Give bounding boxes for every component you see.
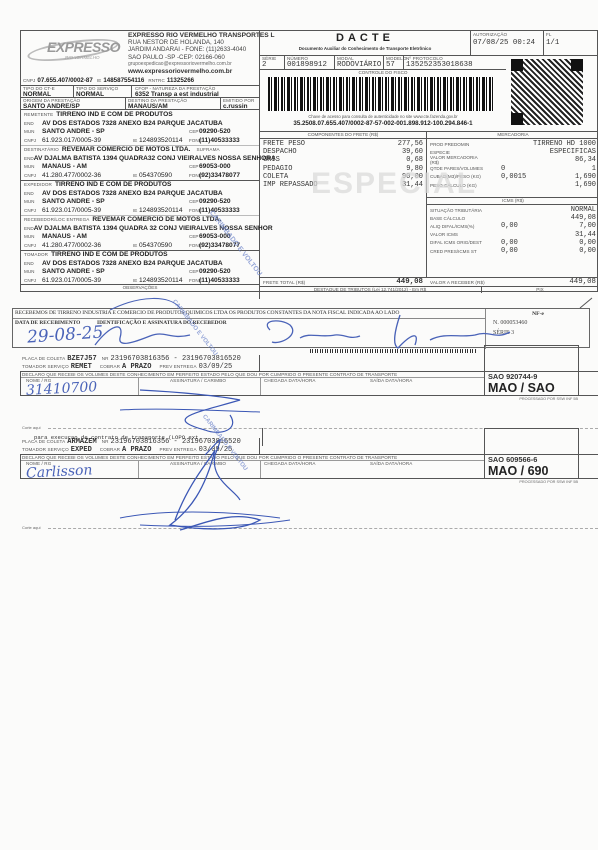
party-ie: 054370590 <box>139 172 172 179</box>
chegada-label: CHEGADA DATA/HORA <box>264 461 316 466</box>
info-row: DIFAL ICMS ORIG/DEST0,000,00 <box>427 239 598 247</box>
company-header: EXPRESSO RIO VERMELHO EXPRESSO RIO VERME… <box>21 31 259 81</box>
party-name: TIRRENO IND E COM DE PRODUTOS <box>55 181 171 188</box>
end-label: END <box>24 226 34 231</box>
mun-label: MUN <box>24 129 42 134</box>
party-fone: (11)40533333 <box>199 277 240 284</box>
fl-value: 1/1 <box>546 39 559 47</box>
party-address: AV DOS ESTADOS 7328 ANEXO B24 PARQUE JAC… <box>42 120 223 127</box>
info-row: ALIQ DIFAL/ICMS(%)0,007,00 <box>427 222 598 230</box>
placa-value: ARMAZEM <box>67 438 96 446</box>
corte-label-2: Corte aqui <box>22 525 40 530</box>
info-value: 7,00 <box>579 222 596 230</box>
party-city: SANTO ANDRE - SP <box>42 268 105 275</box>
route: MAO / SAO <box>488 381 555 395</box>
serie-value: 2 <box>262 61 276 69</box>
party-block: EXPEDIDOR TIRRENO IND E COM DE PRODUTOS … <box>21 180 259 215</box>
company-rntrc: 11325266 <box>167 77 194 84</box>
info-label: SITUAÇÃO TRIBUTÁRIA <box>430 208 486 213</box>
componente-name: GRIS <box>263 156 280 164</box>
party-address: AV DJALMA BATISTA 1394 QUADRA 32 CONJ VI… <box>34 225 273 232</box>
mun-label: MUN <box>24 199 42 204</box>
prev-value: 03/09/25 <box>199 363 233 371</box>
party-cnpj: 41.280.477/0002-36 <box>42 172 101 179</box>
processado-label: PROCESSADO POR SSW INF 5B <box>490 480 578 484</box>
nr-value: 23196703816356 - 23196703816520 <box>111 355 241 363</box>
cnpj-label: CNPJ <box>24 243 42 248</box>
controle-fisco-label: CONTROLE DO FISCO <box>260 70 506 75</box>
cep-label: CEP <box>189 199 198 204</box>
observacoes-label: OBSERVAÇÕES <box>21 285 259 290</box>
info-row: VALOR MERCADORIA (R$)86,34 <box>427 156 598 164</box>
componente-name: COLETA <box>263 173 288 181</box>
icms-list: SITUAÇÃO TRIBUTÁRIANORMALBASE CÁLCULO449… <box>427 206 598 255</box>
recibo-section: RECEBEMOS DE TIRRENO INDUSTRIA E COMERCI… <box>12 308 590 348</box>
company-ie: 148587554116 <box>103 77 144 84</box>
ie-label: IE <box>97 78 102 83</box>
party-block: TOMADOR TIRRENO IND E COM DE PRODUTOS EN… <box>21 250 259 285</box>
cut-line-2 <box>48 528 598 529</box>
componente-name: PEDAGIO <box>263 165 292 173</box>
componentes-title: COMPONENTES DO FRETE (R$) <box>260 132 426 137</box>
party-cep: 69053-000 <box>199 163 231 170</box>
tomador-value: EXPED <box>71 446 92 454</box>
logo-text: EXPRESSO <box>47 39 120 55</box>
assinatura-label: ASSINATURA / CARIMBO <box>170 461 226 466</box>
recibo-header: RECEBEMOS DE TIRRENO INDUSTRIA E COMERCI… <box>15 310 399 316</box>
nfe-title: NF-e <box>485 311 591 317</box>
party-address: AV DOS ESTADOS 7328 ANEXO B24 PARQUE JAC… <box>42 190 223 197</box>
info-label: ALIQ DIFAL/ICMS(%) <box>430 224 486 229</box>
ie-label: IE <box>133 278 137 283</box>
nfe-number: N. 000053460 <box>493 320 527 326</box>
info-row: SITUAÇÃO TRIBUTÁRIANORMAL <box>427 206 598 214</box>
qr-code <box>511 59 583 125</box>
info-row: BASE CÁLCULO449,08 <box>427 214 598 222</box>
tomador-label: TOMADOR SERVIÇO <box>22 447 69 452</box>
cobrar-value: A PRAZO <box>122 363 151 371</box>
info-value: 1,690 <box>575 181 596 189</box>
numero-value: 001898912 <box>287 61 327 69</box>
cobrar-label: COBRAR <box>100 364 120 369</box>
chegada-label: CHEGADA DATA/HORA <box>264 378 316 383</box>
chave-label: Chave de acesso para consulta de autenti… <box>260 114 506 119</box>
party-ie: 124893520114 <box>139 207 183 214</box>
small-barcode-strip <box>310 349 476 353</box>
cnpj-label: CNPJ <box>24 208 42 213</box>
party-city: SANTO ANDRE - SP <box>42 198 105 205</box>
info-mid: 0 <box>501 165 505 173</box>
frete-total-label: FRETE TOTAL (R$) <box>263 280 305 285</box>
corte-label-1: Corte aqui <box>22 425 40 430</box>
mun-label: MUN <box>24 269 42 274</box>
end-label: END <box>24 156 34 161</box>
info-label: VALOR ICMS <box>430 232 486 237</box>
company-email: grupoexpedicao@expressoriovermelho.com.b… <box>128 61 275 68</box>
party-block: DESTINATÁRIO REVEMAR COMERCIO DE MOTOS L… <box>21 145 259 180</box>
cnpj-label: CNPJ <box>23 78 35 83</box>
party-city: MANAUS - AM <box>42 163 87 170</box>
cep-label: CEP <box>189 234 198 239</box>
ie-label: IE <box>133 243 137 248</box>
party-fone: (11)40533333 <box>199 137 240 144</box>
party-city: SANTO ANDRE - SP <box>42 128 105 135</box>
end-label: END <box>24 191 42 196</box>
ident-recebedor-label: IDENTIFICAÇÃO E ASSINATURA DO RECEBEDOR <box>97 320 227 326</box>
rntrc-label: RNTRC <box>148 78 165 83</box>
nr-label: NR <box>102 356 109 361</box>
cep-label: CEP <box>189 129 198 134</box>
party-name: TIRRENO IND E COM DE PRODUTOS <box>56 111 172 118</box>
tributos-label: DESTAQUE DE TRIBUTOS (Lei 12.741/2012) -… <box>260 287 480 292</box>
route: MAO / 690 <box>488 464 548 478</box>
assinatura-label: ASSINATURA / CARIMBO <box>170 378 226 383</box>
valor-receber-value: 449,08 <box>569 278 596 286</box>
dacte-subtitle: Documento Auxiliar do Conhecimento de Tr… <box>260 46 470 51</box>
componente-value: 39,60 <box>402 148 423 156</box>
info-label: BASE CÁLCULO <box>430 216 486 221</box>
protocolo-value: 135252353018638 <box>406 61 473 69</box>
party-address: AV DJALMA BATISTA 1394 QUADRA32 CONJ VIE… <box>34 155 276 162</box>
watermark: ESPECIAL <box>311 167 477 201</box>
info-row: PROD PREDOMINTIRRENO HD 1000 <box>427 140 598 148</box>
company-city: SAO PAULO -SP -CEP: 02166-060 <box>128 54 275 61</box>
party-ie: 054370590 <box>139 242 172 249</box>
fl-label: FL <box>546 32 559 37</box>
placa-value: BZE7J57 <box>67 355 96 363</box>
party-name: REVEMAR COMERCIO DE MOTOS LTDA. <box>62 146 191 153</box>
info-value: 31,44 <box>575 231 596 239</box>
info-mid: 0,00 <box>501 239 518 247</box>
party-name: TIRRENO IND E COM DE PRODUTOS <box>51 251 167 258</box>
party-role: DESTINATÁRIO <box>24 147 59 152</box>
info-row: CRED PRES/ICMS ST0,000,00 <box>427 247 598 255</box>
modal-value: RODOVIÁRIO <box>337 61 381 69</box>
placa-label: PLACA DE COLETA <box>22 439 65 444</box>
party-role: TOMADOR <box>24 252 48 257</box>
party-role: EXPEDIDOR <box>24 182 52 187</box>
party-cnpj: 61.923.017/0005-39 <box>42 277 101 284</box>
canhoto-2: PLACA DE COLETA ARMAZEM NR 2319670381635… <box>20 438 598 504</box>
nfe-serie: SÉRIE 3 <box>493 330 514 336</box>
info-value: ESPECIFICAS <box>550 148 596 156</box>
info-value: NORMAL <box>571 206 596 214</box>
frete-total-value: 449,08 <box>396 278 423 286</box>
mercadoria-title: MERCADORIA <box>427 132 598 137</box>
party-fone: (92)33478077 <box>199 172 240 179</box>
barcode <box>268 77 494 111</box>
icms-title: ICMS (R$) <box>427 198 598 203</box>
info-value: 1 <box>592 165 596 173</box>
info-label: PROD PREDOMIN <box>430 142 486 147</box>
party-block: REMETENTE TIRRENO IND E COM DE PRODUTOS … <box>21 110 259 145</box>
route-code: SAO 920744-9 <box>488 372 537 381</box>
cnpj-label: CNPJ <box>24 173 42 178</box>
tomador-label: TOMADOR SERVIÇO <box>22 364 69 369</box>
end-label: END <box>24 261 42 266</box>
party-cnpj: 61.923.017/0005-39 <box>42 207 101 214</box>
party-fone: (11)40533333 <box>199 207 240 214</box>
mun-label: MUN <box>24 164 42 169</box>
componente-value: 277,56 <box>398 140 423 148</box>
prev-label: PREV ENTREGA <box>159 364 196 369</box>
info-mid: 0,0015 <box>501 173 526 181</box>
chave-acesso: 35.2508.07.655.407/0002-87-57-002-001.89… <box>260 120 506 127</box>
info-label: DIFAL ICMS ORIG/DEST <box>430 240 486 245</box>
componente-name: DESPACHO <box>263 148 297 156</box>
info-row: VALOR ICMS31,44 <box>427 231 598 239</box>
info-value: 1,690 <box>575 173 596 181</box>
info-value: 449,08 <box>571 214 596 222</box>
info-value: TIRRENO HD 1000 <box>533 140 596 148</box>
party-cnpj: 41.280.477/0002-36 <box>42 242 101 249</box>
ie-label: IE <box>133 138 137 143</box>
party-name: REVEMAR COMERCIO DE MOTOS LTDA. <box>92 216 221 223</box>
party-cep: 09290-520 <box>199 268 231 275</box>
data-handwritten: 29-08-25 <box>26 322 104 347</box>
party-extra: SUFRAMA <box>197 147 220 152</box>
party-address: AV DOS ESTADOS 7328 ANEXO B24 PARQUE JAC… <box>42 260 223 267</box>
ie-label: IE <box>133 173 137 178</box>
company-logo: EXPRESSO RIO VERMELHO <box>27 35 123 63</box>
cep-label: CEP <box>189 164 198 169</box>
cep-label: CEP <box>189 269 198 274</box>
saida-label: SAÍDA DATA/HORA <box>370 461 412 466</box>
componente-value: 0,68 <box>406 156 423 164</box>
cobrar-label: COBRAR <box>100 447 120 452</box>
valor-receber-label: VALOR A RECEBER (R$) <box>430 280 485 285</box>
pix-label: PIX <box>481 287 598 292</box>
cnpj-label: CNPJ <box>24 138 42 143</box>
company-phone: JARDIM ANDARAI - FONE: (11)2633-4040 <box>128 46 275 53</box>
info-mid: 0,00 <box>501 222 518 230</box>
dacte-title: DACTE <box>260 32 470 44</box>
componente-name: FRETE PESO <box>263 140 305 148</box>
party-cep: 09290-520 <box>199 128 231 135</box>
nr-label: NR <box>102 439 109 444</box>
company-cnpj: 07.655.407/0002-87 <box>37 77 92 84</box>
company-address: RUA NESTOR DE HOLANDA, 140 <box>128 39 275 46</box>
party-ie: 124893520114 <box>139 137 183 144</box>
company-website: www.expressoriovermelho.com.br <box>128 68 275 75</box>
prev-label: PREV ENTREGA <box>159 447 196 452</box>
party-role: REMETENTE <box>24 112 53 117</box>
cobrar-value: A PRAZO <box>122 446 151 454</box>
cnpj-label: CNPJ <box>24 278 42 283</box>
info-label: ESPECIE <box>430 150 486 155</box>
autorizacao-label: AUTORIZAÇÃO <box>473 32 535 37</box>
componente-row: FRETE PESO277,56 <box>260 140 426 148</box>
party-cep: 09290-520 <box>199 198 231 205</box>
saida-label: SAÍDA DATA/HORA <box>370 378 412 383</box>
info-label: CRED PRES/ICMS ST <box>430 249 486 254</box>
company-name: EXPRESSO RIO VERMELHO TRANSPORTES L <box>128 32 275 39</box>
canhoto-1: PLACA DE COLETA BZE7J57 NR 2319670381635… <box>20 355 598 421</box>
info-value: 0,00 <box>579 247 596 255</box>
componente-name: IMP REPASSADO <box>263 181 318 189</box>
end-label: END <box>24 121 42 126</box>
processado-label: PROCESSADO POR SSW INF 5B <box>490 397 578 401</box>
logo-subtext: RIO VERMELHO <box>65 55 100 60</box>
dacte-form: EXPRESSO RIO VERMELHO EXPRESSO RIO VERME… <box>20 30 598 292</box>
route-code: SAO 609566-6 <box>488 455 537 464</box>
autorizacao-value: 07/08/25 00:24 <box>473 39 535 47</box>
componente-row: GRIS0,68 <box>260 156 426 164</box>
placa-label: PLACA DE COLETA <box>22 356 65 361</box>
party-ie: 124893520114 <box>139 277 183 284</box>
info-value: 0,00 <box>579 239 596 247</box>
party-cnpj: 61.923.017/0005-39 <box>42 137 101 144</box>
mun-label: MUN <box>24 234 42 239</box>
componente-row: DESPACHO39,60 <box>260 148 426 156</box>
info-mid: 0,00 <box>501 247 518 255</box>
party-role: RECEBEDOR/LOC ENTREGA <box>24 217 89 222</box>
tomador-value: REMET <box>71 363 92 371</box>
ie-label: IE <box>133 208 137 213</box>
info-value: 86,34 <box>575 156 596 164</box>
party-city: MANAUS - AM <box>42 233 87 240</box>
